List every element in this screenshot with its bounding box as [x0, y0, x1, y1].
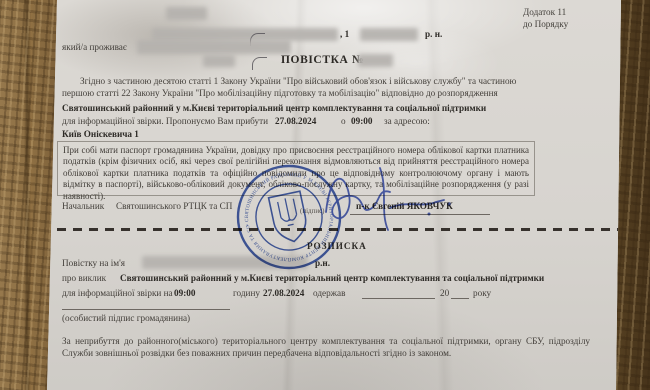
received-blank-line — [362, 298, 435, 299]
year-prefix: 20 — [440, 288, 449, 300]
warning-paragraph: За неприбуття до районного(міського) тер… — [62, 336, 590, 359]
chief-label: Начальник — [62, 201, 104, 213]
time-prefix: о — [341, 116, 346, 128]
visit-time: 09:00 — [351, 116, 372, 128]
year-blank-line — [451, 298, 469, 299]
year-word: року — [473, 288, 491, 300]
chief-org: Святошинського РТЦК та СП — [116, 201, 232, 213]
receipt-birth-suffix: р.н. — [315, 258, 330, 270]
redaction-blur — [203, 55, 235, 67]
personal-signature-line — [62, 309, 230, 310]
tear-off-dashed-line — [57, 228, 618, 231]
purpose-label: для інформаційної звірки. Пропонуємо Вам… — [62, 116, 268, 128]
receipt-hour-word: годину — [233, 288, 260, 300]
receipt-time-label: для інформаційної звірки на — [62, 288, 173, 300]
summons-title: ПОВІСТКА № — [281, 55, 364, 67]
redaction-blur — [142, 256, 308, 269]
pen-mark — [252, 57, 267, 70]
corner-note-line1: Додаток 11 — [523, 7, 566, 19]
chief-rank-name: п-к Євгеній ЯКОВЧУК — [356, 201, 453, 213]
name-line-fragment: , 1 — [340, 29, 349, 41]
signature-underline — [350, 214, 490, 215]
birth-year-suffix: р. н. — [425, 29, 442, 41]
signature-caption: (підпис) — [300, 206, 325, 218]
photo-scene: Додаток 11 до Порядку , 1 р. н. який/а п… — [0, 0, 650, 390]
receipt-name-label: Повістку на ім'я — [62, 258, 125, 270]
redaction-blur — [358, 54, 393, 67]
receipt-center-name: Святошинський районний у м.Києві територ… — [120, 273, 544, 285]
redaction-blur — [166, 7, 207, 20]
redaction-blur — [137, 40, 291, 54]
redaction-blur — [360, 28, 418, 41]
intro-line2: першою статті 22 Закону України "Про моб… — [62, 88, 498, 100]
receipt-time: 09:00 — [174, 288, 195, 300]
corner-note-line2: до Порядку — [523, 19, 568, 31]
received-word: одержав — [313, 288, 345, 300]
visit-date: 27.08.2024 — [275, 116, 316, 128]
personal-sign-caption: (особистий підпис громадянина) — [62, 313, 190, 325]
address-label: за адресою: — [384, 116, 430, 128]
intro-line1: Згідно з частиною десятою статті 1 Закон… — [80, 76, 516, 88]
summons-paper: Додаток 11 до Порядку , 1 р. н. який/а п… — [0, 0, 650, 390]
receipt-title: РОЗПИСКА — [307, 241, 367, 253]
receipt-date: 27.08.2024 — [263, 288, 304, 300]
address-value: Київ Оніскевича 1 — [62, 129, 139, 141]
bring-with-you-box: При собі мати паспорт громадянина Україн… — [57, 141, 535, 196]
resides-label: який/а проживає — [62, 42, 127, 54]
receipt-call-label: про виклик — [62, 273, 106, 285]
center-name: Святошинський районний у м.Києві територ… — [62, 103, 486, 115]
